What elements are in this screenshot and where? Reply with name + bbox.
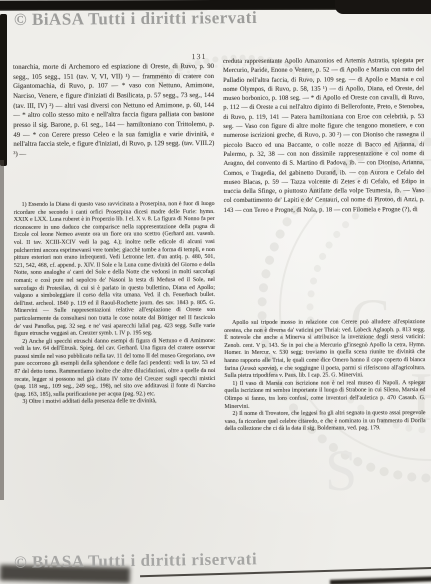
right-column-footnotes: Apollo sul tripode mosso in relazione co… (224, 319, 426, 482)
left-footnote-2: 2) Anche gli specchi etruschi danno esem… (14, 338, 215, 400)
left-column-main-text: tonarchia, morte di Archemoro ed espiazi… (13, 62, 215, 200)
right-footnote-1: 1) Il vaso di Marsia con iscrizione non … (224, 380, 425, 411)
right-footnote-2: 2) Il nome di Trovatore, che leggesi fra… (225, 410, 426, 434)
left-main-paragraph: tonarchia, morte di Archemoro ed espiazi… (13, 62, 214, 159)
left-footnote-1: 1) Essendo la Diana di questo vaso ravvi… (14, 201, 216, 339)
right-footnote-continuation: Apollo sul tripode mosso in relazione co… (224, 319, 425, 381)
page-content: 131 tonarchia, morte di Archemoro ed esp… (0, 0, 431, 584)
left-column-footnotes: 1) Essendo la Diana di questo vaso ravvi… (14, 201, 216, 480)
scanned-book-page: C H O S © BiASA Tutti i diritti riservat… (0, 0, 431, 584)
right-main-paragraph: creduta rappresentante Apollo Amazonios … (223, 56, 425, 215)
right-column-main-text: creduta rappresentante Apollo Amazonios … (223, 56, 425, 313)
left-footnote-3: 3) Oltre i motivi additati della presenz… (14, 398, 215, 406)
page-number: 131 (169, 52, 229, 61)
